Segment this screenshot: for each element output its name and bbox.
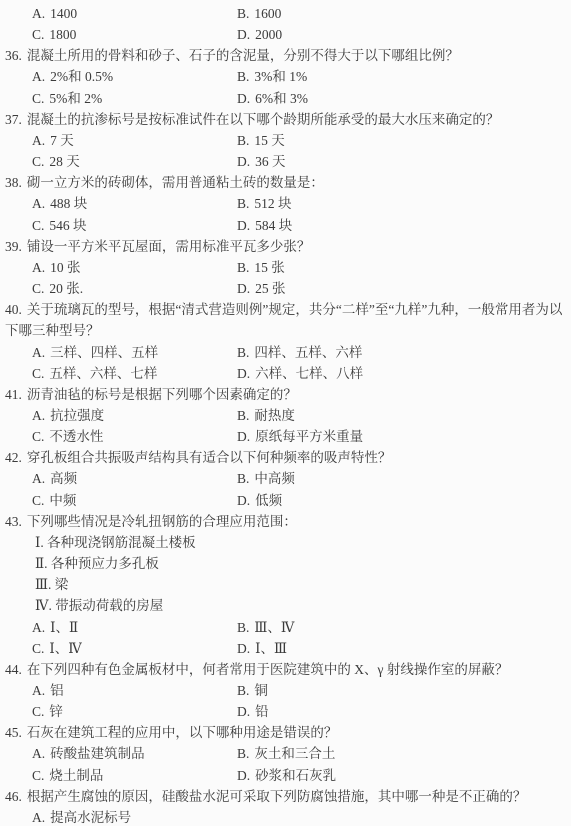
option-A: A.高频 [32, 468, 237, 489]
option-text: 锌 [49, 704, 63, 719]
options-grid: A.三样、四样、五样B.四样、五样、六样C.五样、六样、七样D.六样、七样、八样 [32, 342, 567, 384]
option-label: B. [237, 345, 249, 360]
options-grid: A.砖酸盐建筑制品B.灰土和三合土C.烧土制品D.砂浆和石灰乳 [32, 743, 567, 785]
options-grid: A.提高水泥标号 [32, 807, 567, 826]
option-label: A. [32, 133, 45, 148]
option-label: A. [32, 408, 45, 423]
question-number: 45. [5, 725, 22, 740]
option-label: D. [237, 27, 250, 42]
option-B: B.Ⅲ、Ⅳ [237, 617, 567, 638]
question-text: 下列哪些情况是冷轧扭钢筋的合理应用范围： [27, 514, 297, 529]
option-label: B. [237, 408, 249, 423]
option-label: C. [32, 366, 44, 381]
option-label: D. [237, 429, 250, 444]
option-label: D. [237, 218, 250, 233]
option-D: D.6%和 3% [237, 88, 567, 109]
option-text: 36 天 [255, 154, 285, 169]
option-B: B.中高频 [237, 468, 567, 489]
question-stem: 37.混凝土的抗渗标号是按标准试件在以下哪个龄期所能承受的最大水压来确定的？ [5, 109, 567, 130]
option-label: B. [237, 6, 249, 21]
option-B: B.耐热度 [237, 405, 567, 426]
option-text: 原纸每平方米重量 [255, 429, 363, 444]
option-text: 488 块 [50, 196, 87, 211]
option-C: C.1800 [32, 24, 237, 45]
question-text: 混凝土所用的骨料和砂子、石子的含泥量，分别不得大于以下哪组比例？ [27, 48, 459, 63]
question-number: 42. [5, 450, 22, 465]
option-C: C.烧土制品 [32, 765, 237, 786]
options-grid: A.铝B.铜C.锌D.铅 [32, 680, 567, 722]
option-label: D. [237, 768, 250, 783]
option-text: 铝 [50, 683, 64, 698]
question-text: 关于琉璃瓦的型号，根据“清式营造则例”规定，共分“二样”至“九样”九种，一般常用… [5, 302, 562, 338]
option-C: C.28 天 [32, 151, 237, 172]
option-B: B.灰土和三合土 [237, 743, 567, 764]
option-label: B. [237, 471, 249, 486]
question-text: 砌一立方米的砖砌体，需用普通粘土砖的数量是： [27, 175, 324, 190]
option-D: D.六样、七样、八样 [237, 363, 567, 384]
option-label: A. [32, 810, 45, 825]
option-text: 三样、四样、五样 [50, 345, 158, 360]
option-label: A. [32, 746, 45, 761]
question-46: 46.根据产生腐蚀的原因，硅酸盐水泥可采取下列防腐蚀措施，其中哪一种是不正确的？… [5, 786, 567, 826]
option-text: 不透水性 [49, 429, 103, 444]
option-B: B.四样、五样、六样 [237, 342, 567, 363]
question-text: 混凝土的抗渗标号是按标准试件在以下哪个龄期所能承受的最大水压来确定的？ [27, 112, 500, 127]
option-label: C. [32, 429, 44, 444]
option-label: C. [32, 154, 44, 169]
question-number: 36. [5, 48, 22, 63]
option-label: A. [32, 69, 45, 84]
question-36: 36.混凝土所用的骨料和砂子、石子的含泥量，分别不得大于以下哪组比例？A.2%和… [5, 45, 567, 108]
option-text: 提高水泥标号 [50, 810, 131, 825]
question-number: 40. [5, 302, 22, 317]
option-C: C.五样、六样、七样 [32, 363, 237, 384]
option-D: D.原纸每平方米重量 [237, 426, 567, 447]
question-stem: 39.铺设一平方米平瓦屋面，需用标准平瓦多少张？ [5, 236, 567, 257]
option-label: C. [32, 641, 44, 656]
option-B: B.15 天 [237, 130, 567, 151]
options-grid: A.10 张B.15 张C.20 张.D.25 张 [32, 257, 567, 299]
option-A: A.7 天 [32, 130, 237, 151]
option-D: D.584 块 [237, 215, 567, 236]
option-label: B. [237, 69, 249, 84]
option-A: A.2%和 0.5% [32, 66, 237, 87]
option-C: C.锌 [32, 701, 237, 722]
question-text: 在下列四种有色金属板材中，何者常用于医院建筑中的 X、γ 射线操作室的屏蔽？ [27, 662, 508, 677]
question-37: 37.混凝土的抗渗标号是按标准试件在以下哪个龄期所能承受的最大水压来确定的？A.… [5, 109, 567, 172]
option-label: A. [32, 196, 45, 211]
option-A: A.1400 [32, 3, 237, 24]
question-number: 39. [5, 239, 22, 254]
option-label: B. [237, 683, 249, 698]
question-stem: 40.关于琉璃瓦的型号，根据“清式营造则例”规定，共分“二样”至“九样”九种，一… [5, 299, 567, 341]
option-label: C. [32, 218, 44, 233]
option-text: 灰土和三合土 [254, 746, 335, 761]
option-D: D.36 天 [237, 151, 567, 172]
option-text: Ⅲ、Ⅳ [254, 620, 294, 635]
option-text: 1400 [50, 6, 77, 21]
option-text: 5%和 2% [49, 91, 102, 106]
option-C: C.Ⅰ、Ⅳ [32, 638, 237, 659]
option-label: D. [237, 493, 250, 508]
option-C: C.546 块 [32, 215, 237, 236]
option-label: B. [237, 133, 249, 148]
question-number: 41. [5, 387, 22, 402]
question-41: 41.沥青油毡的标号是根据下列哪个因素确定的？A.抗拉强度B.耐热度C.不透水性… [5, 384, 567, 447]
option-text: 1800 [49, 27, 76, 42]
option-text: 512 块 [254, 196, 291, 211]
question-43: 43.下列哪些情况是冷轧扭钢筋的合理应用范围：Ⅰ. 各种现浇钢筋混凝土楼板Ⅱ. … [5, 511, 567, 659]
options-grid: A.2%和 0.5%B.3%和 1%C.5%和 2%D.6%和 3% [32, 66, 567, 108]
option-text: Ⅰ、Ⅲ [255, 641, 287, 656]
option-D: D.25 张 [237, 278, 567, 299]
option-text: 7 天 [50, 133, 74, 148]
option-D: D.铅 [237, 701, 567, 722]
question-number: 44. [5, 662, 22, 677]
option-text: 六样、七样、八样 [255, 366, 363, 381]
option-text: 6%和 3% [255, 91, 308, 106]
option-A: A.Ⅰ、Ⅱ [32, 617, 237, 638]
question-number: 43. [5, 514, 22, 529]
list-item: Ⅰ. 各种现浇钢筋混凝土楼板 [35, 532, 567, 553]
option-A: A.抗拉强度 [32, 405, 237, 426]
question-42: 42.穿孔板组合共振吸声结构具有适合以下何种频率的吸声特性？A.高频B.中高频C… [5, 447, 567, 510]
options-grid: A.Ⅰ、ⅡB.Ⅲ、ⅣC.Ⅰ、ⅣD.Ⅰ、Ⅲ [32, 617, 567, 659]
option-text: Ⅰ、Ⅳ [49, 641, 81, 656]
question-number: 38. [5, 175, 22, 190]
option-label: A. [32, 620, 45, 635]
question-40: 40.关于琉璃瓦的型号，根据“清式营造则例”规定，共分“二样”至“九样”九种，一… [5, 299, 567, 384]
option-label: A. [32, 6, 45, 21]
option-D: D.2000 [237, 24, 567, 45]
option-D: D.低频 [237, 490, 567, 511]
option-text: 15 天 [254, 133, 284, 148]
option-C: C.中频 [32, 490, 237, 511]
option-C: C.20 张. [32, 278, 237, 299]
option-label: D. [237, 366, 250, 381]
option-label: A. [32, 471, 45, 486]
question-stem: 41.沥青油毡的标号是根据下列哪个因素确定的？ [5, 384, 567, 405]
question-text: 铺设一平方米平瓦屋面，需用标准平瓦多少张？ [27, 239, 311, 254]
question-number: 37. [5, 112, 22, 127]
question-stem: 38.砌一立方米的砖砌体，需用普通粘土砖的数量是： [5, 172, 567, 193]
options-grid: A.抗拉强度B.耐热度C.不透水性D.原纸每平方米重量 [32, 405, 567, 447]
option-text: 四样、五样、六样 [254, 345, 362, 360]
option-A: A.提高水泥标号 [32, 807, 237, 826]
option-label: C. [32, 704, 44, 719]
exam-page: A.1400B.1600C.1800D.200036.混凝土所用的骨料和砂子、石… [0, 0, 571, 826]
option-text: 砂浆和石灰乳 [255, 768, 336, 783]
option-B: B.512 块 [237, 193, 567, 214]
option-text: Ⅰ、Ⅱ [50, 620, 78, 635]
option-label: C. [32, 91, 44, 106]
option-label: B. [237, 620, 249, 635]
option-text: 28 天 [49, 154, 79, 169]
list-item: Ⅲ. 梁 [35, 574, 567, 595]
options-grid: A.高频B.中高频C.中频D.低频 [32, 468, 567, 510]
question-stem: 46.根据产生腐蚀的原因，硅酸盐水泥可采取下列防腐蚀措施，其中哪一种是不正确的？ [5, 786, 567, 807]
question-stem: 43.下列哪些情况是冷轧扭钢筋的合理应用范围： [5, 511, 567, 532]
exam-content: A.1400B.1600C.1800D.200036.混凝土所用的骨料和砂子、石… [5, 3, 567, 826]
option-text: 546 块 [49, 218, 86, 233]
option-text: 中高频 [254, 471, 295, 486]
question-38: 38.砌一立方米的砖砌体，需用普通粘土砖的数量是：A.488 块B.512 块C… [5, 172, 567, 235]
option-text: 20 张. [49, 281, 83, 296]
question-44: 44.在下列四种有色金属板材中，何者常用于医院建筑中的 X、γ 射线操作室的屏蔽… [5, 659, 567, 722]
option-text: 铅 [255, 704, 269, 719]
option-C: C.不透水性 [32, 426, 237, 447]
option-label: C. [32, 493, 44, 508]
option-text: 烧土制品 [49, 768, 103, 783]
option-label: B. [237, 746, 249, 761]
option-text: 15 张 [254, 260, 284, 275]
question-39: 39.铺设一平方米平瓦屋面，需用标准平瓦多少张？A.10 张B.15 张C.20… [5, 236, 567, 299]
option-A: A.三样、四样、五样 [32, 342, 237, 363]
option-label: D. [237, 91, 250, 106]
question-stem: 44.在下列四种有色金属板材中，何者常用于医院建筑中的 X、γ 射线操作室的屏蔽… [5, 659, 567, 680]
option-text: 25 张 [255, 281, 285, 296]
option-text: 中频 [49, 493, 76, 508]
question-text: 穿孔板组合共振吸声结构具有适合以下何种频率的吸声特性？ [27, 450, 392, 465]
option-A: A.铝 [32, 680, 237, 701]
option-text: 2000 [255, 27, 282, 42]
options-grid: A.488 块B.512 块C.546 块D.584 块 [32, 193, 567, 235]
option-text: 铜 [254, 683, 268, 698]
option-label: C. [32, 27, 44, 42]
option-label: A. [32, 683, 45, 698]
option-B: B.3%和 1% [237, 66, 567, 87]
option-text: 抗拉强度 [50, 408, 104, 423]
option-label: A. [32, 345, 45, 360]
option-text: 1600 [254, 6, 281, 21]
question-45: 45.石灰在建筑工程的应用中，以下哪种用途是错误的？A.砖酸盐建筑制品B.灰土和… [5, 722, 567, 785]
option-B: B.15 张 [237, 257, 567, 278]
question-stem: 45.石灰在建筑工程的应用中，以下哪种用途是错误的？ [5, 722, 567, 743]
list-item: Ⅳ. 带振动荷载的房屋 [35, 595, 567, 616]
option-text: 3%和 1% [254, 69, 307, 84]
option-text: 耐热度 [254, 408, 295, 423]
option-label: D. [237, 641, 250, 656]
option-label: D. [237, 704, 250, 719]
option-C: C.5%和 2% [32, 88, 237, 109]
option-D: D.砂浆和石灰乳 [237, 765, 567, 786]
option-text: 10 张 [50, 260, 80, 275]
option-label: D. [237, 154, 250, 169]
option-label: C. [32, 768, 44, 783]
option-text: 五样、六样、七样 [49, 366, 157, 381]
options-grid: A.1400B.1600C.1800D.2000 [32, 3, 567, 45]
option-B: B.1600 [237, 3, 567, 24]
question-text: 根据产生腐蚀的原因，硅酸盐水泥可采取下列防腐蚀措施，其中哪一种是不正确的？ [27, 789, 527, 804]
option-label: A. [32, 260, 45, 275]
option-text: 高频 [50, 471, 77, 486]
question-stem: 36.混凝土所用的骨料和砂子、石子的含泥量，分别不得大于以下哪组比例？ [5, 45, 567, 66]
question-text: 石灰在建筑工程的应用中，以下哪种用途是错误的？ [27, 725, 338, 740]
option-text: 砖酸盐建筑制品 [50, 746, 145, 761]
option-text: 低频 [255, 493, 282, 508]
question-number: 46. [5, 789, 22, 804]
option-text: 584 块 [255, 218, 292, 233]
option-label: B. [237, 260, 249, 275]
option-label: C. [32, 281, 44, 296]
options-grid: A.7 天B.15 天C.28 天D.36 天 [32, 130, 567, 172]
option-label: B. [237, 196, 249, 211]
option-B: B.铜 [237, 680, 567, 701]
option-label: D. [237, 281, 250, 296]
option-A: A.488 块 [32, 193, 237, 214]
option-A: A.砖酸盐建筑制品 [32, 743, 237, 764]
question-stem: 42.穿孔板组合共振吸声结构具有适合以下何种频率的吸声特性？ [5, 447, 567, 468]
list-item: Ⅱ. 各种预应力多孔板 [35, 553, 567, 574]
option-text: 2%和 0.5% [50, 69, 113, 84]
question-text: 沥青油毡的标号是根据下列哪个因素确定的？ [27, 387, 297, 402]
option-A: A.10 张 [32, 257, 237, 278]
option-D: D.Ⅰ、Ⅲ [237, 638, 567, 659]
